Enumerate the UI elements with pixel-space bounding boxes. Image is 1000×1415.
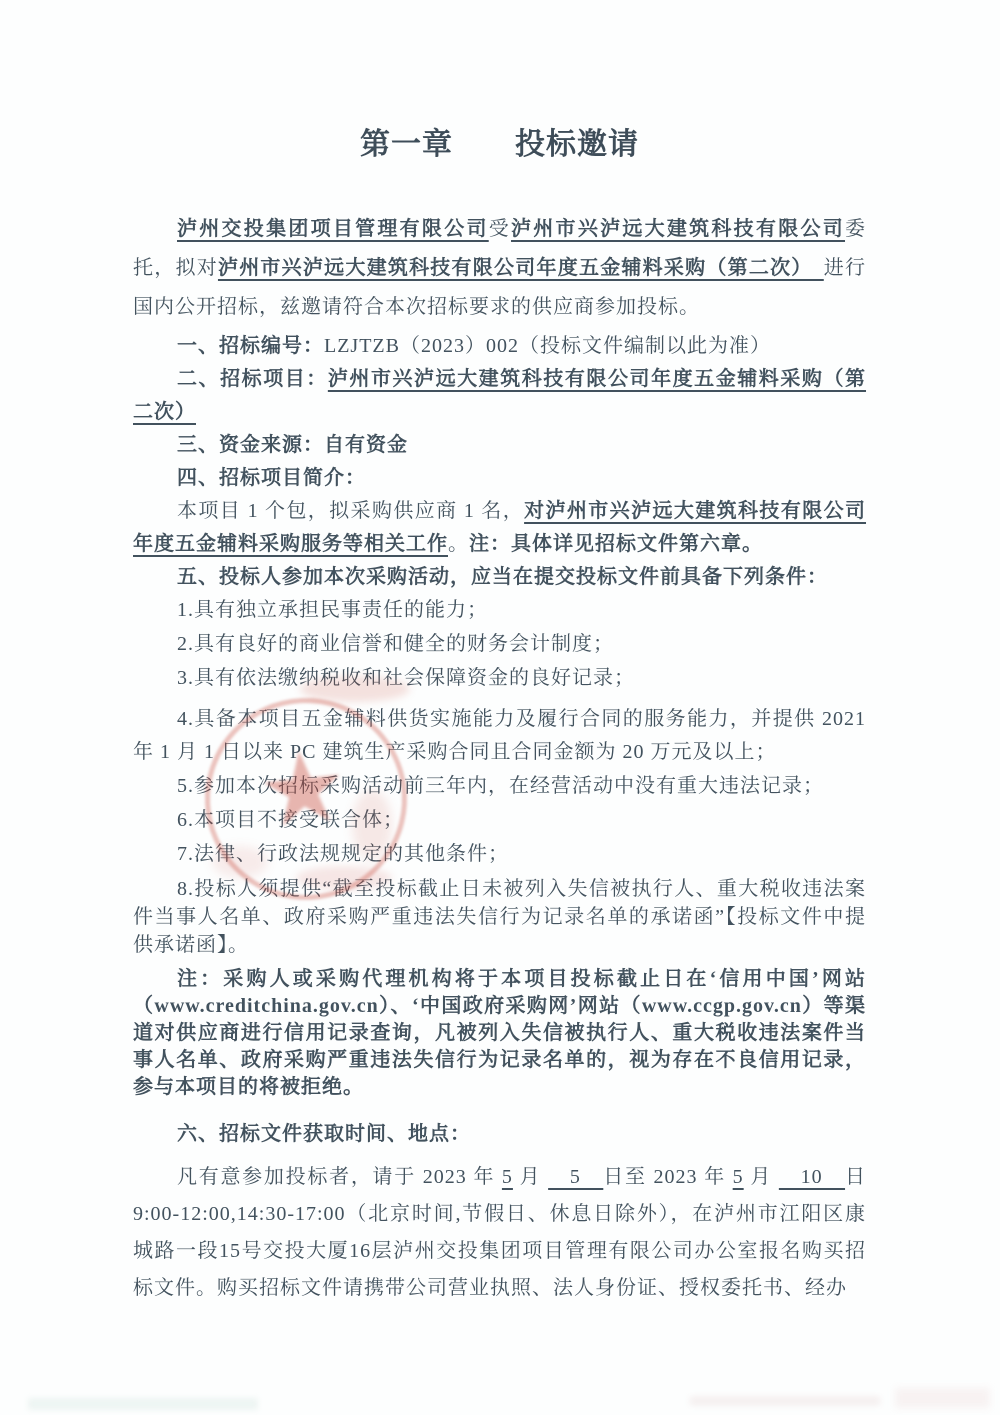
section-4-heading: 四、招标项目简介： bbox=[133, 462, 866, 495]
condition-8: 8.投标人须提供“截至投标截止日未被列入失信被执行人、重大税收违法案件当事人名单… bbox=[133, 875, 866, 959]
chapter-title: 第一章 投标邀请 bbox=[133, 124, 866, 166]
date-text-2: 月 bbox=[513, 1166, 548, 1188]
start-month: 5 bbox=[502, 1166, 513, 1188]
project-name: 泸州市兴泸远大建筑科技有限公司年度五金辅料采购（第二次） bbox=[218, 257, 824, 279]
section-2-label: 二、招标项目： bbox=[177, 368, 328, 390]
funding-source-value: 自有资金 bbox=[324, 434, 408, 456]
section-3-label: 三、资金来源： bbox=[177, 434, 324, 456]
condition-6: 6.本项目不接受联合体； bbox=[133, 804, 866, 837]
intro-paragraph: 泸州交投集团项目管理有限公司受泸州市兴泸远大建筑科技有限公司委托，拟对泸州市兴泸… bbox=[133, 210, 866, 327]
section-1-bid-number: 一、招标编号：LZJTZB（2023）002（投标文件编制以此为准） bbox=[133, 330, 866, 363]
date-text-3: 日至 2023 年 bbox=[603, 1166, 732, 1188]
date-text-1: 凡有意参加投标者，请于 2023 年 bbox=[177, 1166, 502, 1188]
condition-5: 5.参加本次招标采购活动前三年内，在经营活动中没有重大违法记录； bbox=[133, 770, 866, 803]
document-page: 第一章 投标邀请 泸州交投集团项目管理有限公司受泸州市兴泸远大建筑科技有限公司委… bbox=[0, 0, 1000, 1415]
scan-smudge bbox=[690, 1396, 880, 1406]
date-text-4: 月 bbox=[744, 1166, 779, 1188]
bid-number-value: LZJTZB（2023）002（投标文件编制以此为准） bbox=[324, 335, 771, 357]
section-4-description: 本项目 1 个包，拟采购供应商 1 名，对泸州市兴泸远大建筑科技有限公司年度五金… bbox=[133, 495, 866, 561]
end-month: 5 bbox=[733, 1166, 744, 1188]
start-day: 5 bbox=[548, 1166, 603, 1188]
bidding-agency-name: 泸州交投集团项目管理有限公司 bbox=[177, 218, 489, 240]
project-package-info: 本项目 1 个包，拟采购供应商 1 名， bbox=[177, 500, 524, 522]
scan-smudge bbox=[895, 1388, 990, 1408]
section-6-heading: 六、招标文件获取时间、地点： bbox=[133, 1118, 866, 1151]
scope-separator: 。 bbox=[448, 533, 469, 555]
condition-2: 2.具有良好的商业信誉和健全的财务会计制度； bbox=[133, 628, 866, 661]
condition-1: 1.具有独立承担民事责任的能力； bbox=[133, 594, 866, 627]
section-3-funding-source: 三、资金来源：自有资金 bbox=[133, 429, 866, 462]
condition-4: 4.具备本项目五金辅料供货实施能力及履行合同的服务能力，并提供 2021 年 1… bbox=[133, 703, 866, 769]
condition-3: 3.具有依法缴纳税收和社会保障资金的良好记录； bbox=[133, 662, 866, 695]
scan-smudge bbox=[28, 1398, 258, 1410]
intro-connector-1: 受 bbox=[489, 218, 511, 240]
end-day: 10 bbox=[779, 1166, 845, 1188]
section-1-label: 一、招标编号： bbox=[177, 335, 324, 357]
document-acquisition-paragraph: 凡有意参加投标者，请于 2023 年 5 月 5 日至 2023 年 5 月 1… bbox=[133, 1159, 866, 1307]
purchaser-name: 泸州市兴泸远大建筑科技有限公司 bbox=[511, 218, 845, 240]
credit-check-note: 注：采购人或采购代理机构将于本项目投标截止日在‘信用中国’网站（www.cred… bbox=[133, 966, 866, 1101]
section-2-bid-project: 二、招标项目：泸州市兴泸远大建筑科技有限公司年度五金辅料采购（第二次） bbox=[133, 363, 866, 429]
section-5-heading: 五、投标人参加本次采购活动，应当在提交投标文件前具备下列条件： bbox=[133, 561, 866, 594]
condition-7: 7.法律、行政法规规定的其他条件； bbox=[133, 838, 866, 871]
see-chapter-note: 注：具体详见招标文件第六章。 bbox=[469, 533, 763, 555]
